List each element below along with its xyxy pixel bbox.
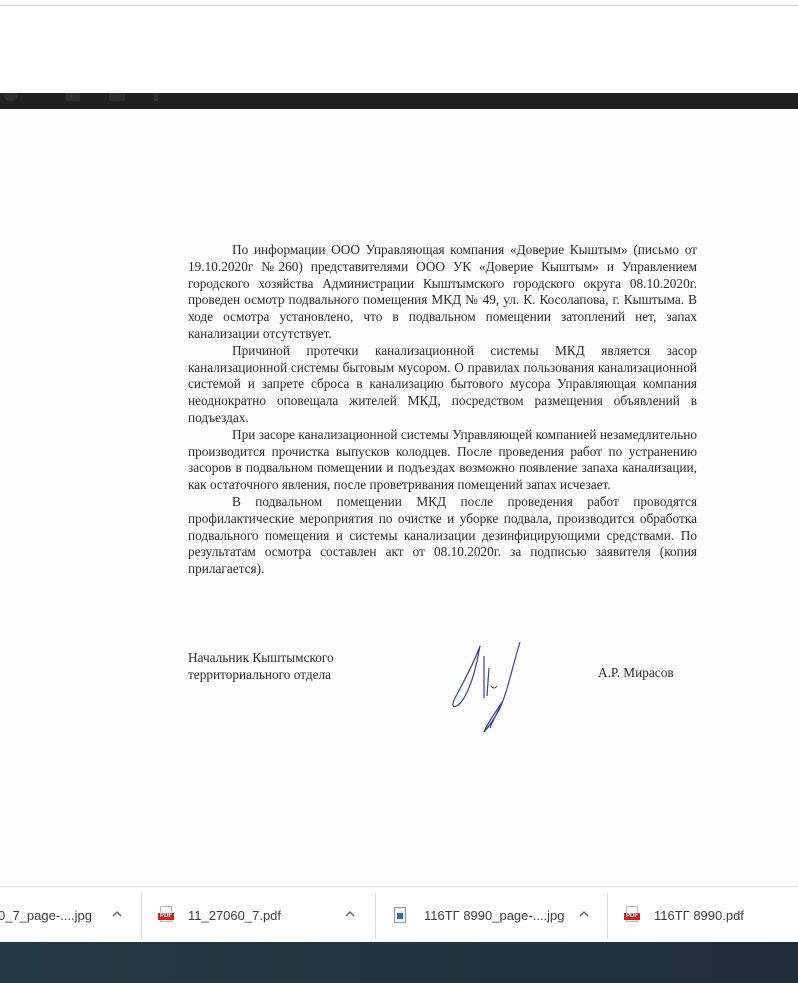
chevron-up-icon[interactable] (110, 907, 124, 921)
document-page: По информации ООО Управляющая компания «… (0, 109, 798, 886)
download-filename: 11_27060_7.pdf (188, 908, 281, 923)
rotate-icon[interactable] (4, 93, 18, 101)
divider (0, 5, 798, 6)
comment-icon[interactable] (109, 93, 125, 101)
divider (141, 893, 142, 939)
download-filename: 0_7_page-....jpg (0, 908, 92, 923)
signer-title-line2: территориального отдела (188, 667, 388, 684)
viewer-toolbar (0, 93, 798, 109)
downloads-bar: 0_7_page-....jpg PDF 11_27060_7.pdf 116Т… (0, 886, 798, 942)
signer-title-line1: Начальник Кыштымского (188, 650, 388, 667)
chevron-up-icon[interactable] (343, 907, 357, 921)
chevron-up-icon[interactable] (577, 907, 591, 921)
download-item[interactable]: 116ТГ 8990_page-....jpg (394, 887, 565, 943)
download-item[interactable]: 0_7_page-....jpg (0, 887, 92, 943)
paragraph: При засоре канализационной системы Управ… (188, 427, 697, 494)
paragraph: По информации ООО Управляющая компания «… (188, 242, 697, 343)
pdf-file-icon: PDF (158, 906, 174, 924)
download-item[interactable]: PDF 11_27060_7.pdf (158, 887, 281, 943)
download-filename: 116ТГ 8990.pdf (654, 908, 744, 923)
image-file-icon (394, 907, 406, 923)
divider (375, 893, 376, 939)
download-item[interactable]: PDF 116ТГ 8990.pdf (624, 887, 744, 943)
divider (607, 893, 608, 939)
signer-title: Начальник Кыштымского территориального о… (188, 650, 388, 684)
paragraph: В подвальном помещении МКД после проведе… (188, 494, 697, 578)
more-icon[interactable] (154, 93, 158, 101)
paragraph: Причиной протечки канализационной систем… (188, 343, 697, 427)
pdf-file-icon: PDF (624, 906, 640, 924)
browser-top-area (0, 0, 798, 93)
download-filename: 116ТГ 8990_page-....jpg (424, 908, 565, 923)
signature-block: Начальник Кыштымского территориального о… (188, 650, 697, 750)
fit-page-icon[interactable] (66, 93, 80, 101)
letter-body: По информации ООО Управляющая компания «… (188, 242, 697, 578)
handwritten-signature (450, 638, 530, 738)
taskbar (0, 942, 798, 983)
signer-name: А.Р. Мирасов (598, 665, 674, 682)
